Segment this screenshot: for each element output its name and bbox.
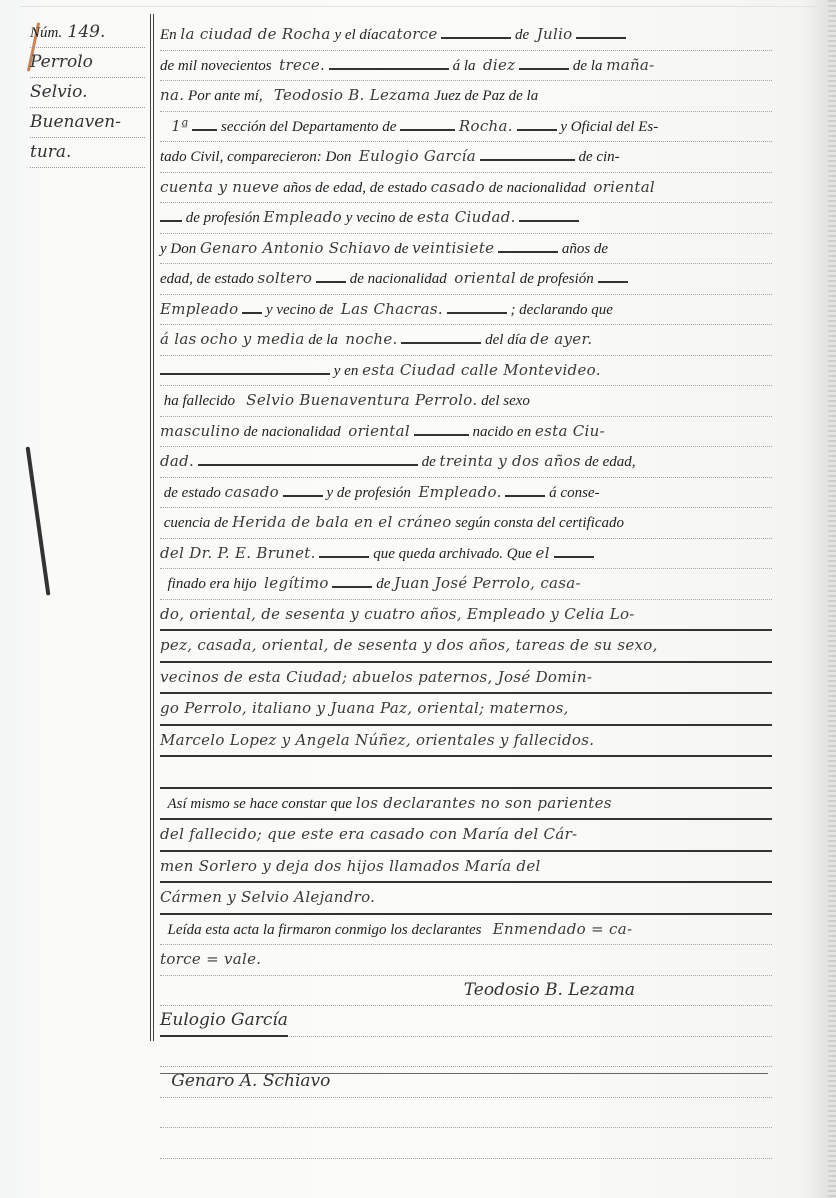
line-33-declarant-1-signature: Eulogio García — [160, 1006, 772, 1037]
printed-text: de edad, — [585, 454, 636, 470]
fill-line — [316, 267, 346, 283]
handwritten-text: los declarantes no son parientes — [356, 794, 612, 812]
printed-text: según consta del certificado — [455, 515, 624, 531]
handwritten-birthplace: esta Ciu- — [535, 422, 605, 440]
handwritten-deceased-name: Selvio Buenaventura Perrolo. — [246, 391, 477, 409]
handwritten-sex: masculino — [160, 422, 240, 440]
page-right-edge — [828, 0, 836, 1198]
fill-line — [576, 23, 626, 39]
fill-line — [198, 450, 418, 466]
handwritten-age: veintisiete — [412, 239, 494, 257]
handwritten-amendment: Enmendado = ca- — [493, 920, 633, 938]
printed-text: Por ante mí, — [188, 88, 263, 104]
line-9: edad, de estado soltero de nacionalidad … — [160, 264, 772, 295]
certificate-body: En la ciudad de Rocha y el díacatorce de… — [160, 20, 772, 1159]
printed-text: y en — [334, 363, 359, 379]
line-24: Marcelo Lopez y Angela Núñez, orientales… — [160, 726, 772, 758]
handwritten-profession: Empleado — [160, 300, 238, 318]
printed-text: de — [394, 241, 408, 257]
handwritten-month: Julio — [537, 25, 573, 43]
printed-text: de mil novecientos — [160, 58, 272, 74]
line-21: pez, casada, oriental, de sesenta y dos … — [160, 631, 772, 663]
line-31: torce = vale. — [160, 945, 772, 976]
printed-text: de nacionalidad — [350, 271, 447, 287]
fill-line — [329, 54, 449, 70]
printed-text: y de profesión — [327, 485, 411, 501]
line-35-declarant-2-signature: Genaro A. Schiavo — [160, 1067, 772, 1098]
handwritten-text: noche. — [345, 330, 397, 348]
fill-line — [283, 481, 323, 497]
scanned-document-page: Núm. 149. Perrolo Selvio. Buenaven- tura… — [0, 0, 836, 1198]
handwritten-nationality: oriental — [348, 422, 410, 440]
printed-text: Así mismo se hace constar que — [168, 796, 353, 812]
line-32-judge-signature: Teodosio B. Lezama — [160, 976, 772, 1007]
printed-text: finado era hijo — [168, 576, 257, 592]
line-11: á las ocho y media de la noche. del día … — [160, 325, 772, 356]
line-17: cuencia de Herida de bala en el cráneo s… — [160, 508, 772, 539]
handwritten-age: treinta y dos años — [440, 452, 581, 470]
line-8: y Don Genaro Antonio Schiavo de veintisi… — [160, 234, 772, 265]
printed-text: y Oficial del Es- — [560, 119, 658, 135]
handwritten-profession: Empleado — [264, 208, 342, 226]
handwritten-age: cuenta y nueve — [160, 178, 279, 196]
handwritten-declarant-1: Eulogio García — [359, 147, 476, 165]
handwritten-city: la ciudad de Rocha — [180, 25, 330, 43]
line-23: go Perrolo, italiano y Juana Paz, orient… — [160, 694, 772, 726]
handwritten-hour: diez — [483, 56, 515, 74]
fill-line — [332, 572, 372, 588]
printed-text: de profesión — [186, 210, 260, 226]
margin-line: tura. — [30, 138, 145, 168]
handwritten-status: soltero — [257, 269, 312, 287]
fill-line — [160, 206, 182, 222]
fill-line — [401, 328, 481, 344]
line-25-blank — [160, 757, 772, 789]
printed-text: y Don — [160, 241, 196, 257]
printed-text: ha fallecido — [164, 393, 235, 409]
line-18: del Dr. P. E. Brunet. que queda archivad… — [160, 539, 772, 570]
line-4: 1ª sección del Departamento de Rocha. y … — [160, 112, 772, 143]
line-29: Cármen y Selvio Alejandro. — [160, 883, 772, 915]
fill-line — [414, 420, 469, 436]
fill-line — [480, 145, 575, 161]
line-13: ha fallecido Selvio Buenaventura Perrolo… — [160, 386, 772, 417]
fill-line — [441, 23, 511, 39]
handwritten-text: do, oriental, de sesenta y cuatro años, … — [160, 605, 635, 623]
handwritten-text: vecinos de esta Ciudad; abuelos paternos… — [160, 668, 592, 686]
printed-text: de — [422, 454, 436, 470]
printed-text: que queda archivado. Que — [373, 546, 532, 562]
printed-text: Juez de Paz de la — [434, 88, 538, 104]
margin-notes: Núm. 149. Perrolo Selvio. Buenaven- tura… — [30, 18, 145, 168]
handwritten-residence: esta Ciudad. — [417, 208, 516, 226]
fill-line — [160, 359, 330, 375]
handwritten-text: Cármen y Selvio Alejandro. — [160, 888, 375, 906]
handwritten-text: el — [536, 544, 550, 562]
handwritten-text: legítimo — [264, 574, 329, 592]
printed-text: del sexo — [481, 393, 530, 409]
line-3: na. Por ante mí, Teodosio B. Lezama Juez… — [160, 81, 772, 112]
printed-text: de cin- — [578, 149, 619, 165]
handwritten-text: men Sorlero y deja dos hijos llamados Ma… — [160, 857, 541, 875]
line-12: y en esta Ciudad calle Montevideo. — [160, 356, 772, 387]
printed-text: nacido en — [472, 424, 531, 440]
handwritten-text: go Perrolo, italiano y Juana Paz, orient… — [160, 699, 569, 717]
fill-line — [519, 206, 579, 222]
line-15: dad. de treinta y dos años de edad, — [160, 447, 772, 478]
printed-text: del día — [485, 332, 526, 348]
handwritten-time: ocho y media — [200, 330, 304, 348]
signature-declarant-1: Eulogio García — [160, 1006, 288, 1037]
handwritten-amendment: torce = vale. — [160, 950, 261, 968]
printed-text: años de edad, de estado — [283, 180, 427, 196]
printed-text: á conse- — [549, 485, 599, 501]
handwritten-day: catorce — [379, 25, 438, 43]
signature-declarant-2: Genaro A. Schiavo — [171, 1071, 330, 1091]
printed-text: y vecino de — [346, 210, 413, 226]
number-value: 149. — [68, 22, 106, 42]
printed-text: de profesión — [520, 271, 594, 287]
line-34 — [160, 1037, 772, 1068]
line-27: del fallecido; que este era casado con M… — [160, 820, 772, 852]
line-14: masculino de nacionalidad oriental nacid… — [160, 417, 772, 448]
handwritten-cause-of-death: Herida de bala en el cráneo — [232, 513, 451, 531]
printed-text: de estado — [164, 485, 221, 501]
fill-line — [400, 115, 455, 131]
record-number: Núm. 149. — [30, 18, 145, 48]
handwritten-nationality: oriental — [593, 178, 655, 196]
handwritten-text: de ayer. — [530, 330, 592, 348]
printed-text: y el día — [334, 27, 378, 43]
handwritten-profession: Empleado. — [418, 483, 501, 501]
handwritten-text: na. — [160, 86, 184, 104]
handwritten-physician: del Dr. P. E. Brunet. — [160, 544, 316, 562]
handwritten-declarant-2: Genaro Antonio Schiavo — [200, 239, 390, 257]
printed-text: En — [160, 27, 177, 43]
line-30: Leída esta acta la firmaron conmigo los … — [160, 915, 772, 946]
printed-text: tado Civil, comparecieron: Don — [160, 149, 351, 165]
fill-line — [598, 267, 628, 283]
bottom-rule — [160, 1073, 768, 1074]
printed-text: de — [376, 576, 390, 592]
handwritten-text: pez, casada, oriental, de sesenta y dos … — [160, 636, 658, 654]
line-20: do, oriental, de sesenta y cuatro años, … — [160, 600, 772, 632]
margin-line: Selvio. — [30, 78, 145, 108]
printed-text: de — [515, 27, 529, 43]
printed-text: sección del Departamento de — [221, 119, 396, 135]
margin-stroke-mark — [26, 446, 51, 595]
printed-text: de nacionalidad — [489, 180, 586, 196]
fill-line — [554, 542, 594, 558]
printed-text: ; declarando que — [510, 302, 612, 318]
printed-text: cuencia de — [164, 515, 229, 531]
line-7: de profesión Empleado y vecino de esta C… — [160, 203, 772, 234]
line-28: men Sorlero y deja dos hijos llamados Ma… — [160, 852, 772, 884]
fill-line — [447, 298, 507, 314]
line-22: vecinos de esta Ciudad; abuelos paternos… — [160, 663, 772, 695]
signature-judge: Teodosio B. Lezama — [464, 980, 635, 1000]
printed-text: de la — [308, 332, 338, 348]
line-37 — [160, 1128, 772, 1159]
handwritten-department: Rocha. — [459, 117, 513, 135]
printed-text: Leída esta acta la firmaron conmigo los … — [168, 922, 482, 938]
printed-text: y vecino de — [266, 302, 333, 318]
line-6: cuenta y nueve años de edad, de estado c… — [160, 173, 772, 204]
handwritten-judge-name: Teodosio B. Lezama — [274, 86, 430, 104]
handwritten-text: dad. — [160, 452, 194, 470]
handwritten-residence: Las Chacras. — [341, 300, 443, 318]
handwritten-text: Marcelo Lopez y Angela Núñez, orientales… — [160, 731, 594, 749]
handwritten-nationality: oriental — [454, 269, 516, 287]
margin-double-rule — [150, 14, 154, 1041]
line-2: de mil novecientos trece. á la diez de l… — [160, 51, 772, 82]
line-19: finado era hijo legítimo de Juan José Pe… — [160, 569, 772, 600]
handwritten-text: á las — [160, 330, 197, 348]
line-36 — [160, 1098, 772, 1129]
fill-line — [319, 542, 369, 558]
fill-line — [505, 481, 545, 497]
line-1: En la ciudad de Rocha y el díacatorce de… — [160, 20, 772, 51]
printed-text: de nacionalidad — [244, 424, 341, 440]
handwritten-text: del fallecido; que este era casado con M… — [160, 825, 577, 843]
printed-text: edad, de estado — [160, 271, 254, 287]
printed-text: á la — [453, 58, 476, 74]
line-10: Empleado y vecino de Las Chacras. ; decl… — [160, 295, 772, 326]
line-26: Así mismo se hace constar que los declar… — [160, 789, 772, 821]
fill-line — [498, 237, 558, 253]
fill-line — [519, 54, 569, 70]
number-label: Núm. — [30, 25, 62, 41]
handwritten-text: maña- — [606, 56, 654, 74]
line-5: tado Civil, comparecieron: Don Eulogio G… — [160, 142, 772, 173]
fill-line — [242, 298, 262, 314]
fill-line — [517, 115, 557, 131]
margin-line: Perrolo — [30, 48, 145, 78]
printed-text: años de — [562, 241, 608, 257]
fill-line — [192, 115, 217, 131]
handwritten-father: Juan José Perrolo, casa- — [394, 574, 581, 592]
printed-text: de la — [573, 58, 603, 74]
line-16: de estado casado y de profesión Empleado… — [160, 478, 772, 509]
page-top-edge — [20, 6, 820, 7]
handwritten-place-of-death: esta Ciudad calle Montevideo. — [362, 361, 601, 379]
margin-line: Buenaven- — [30, 108, 145, 138]
handwritten-year: trece. — [279, 56, 325, 74]
handwritten-section: 1ª — [171, 117, 188, 135]
handwritten-status: casado — [431, 178, 485, 196]
handwritten-status: casado — [225, 483, 279, 501]
